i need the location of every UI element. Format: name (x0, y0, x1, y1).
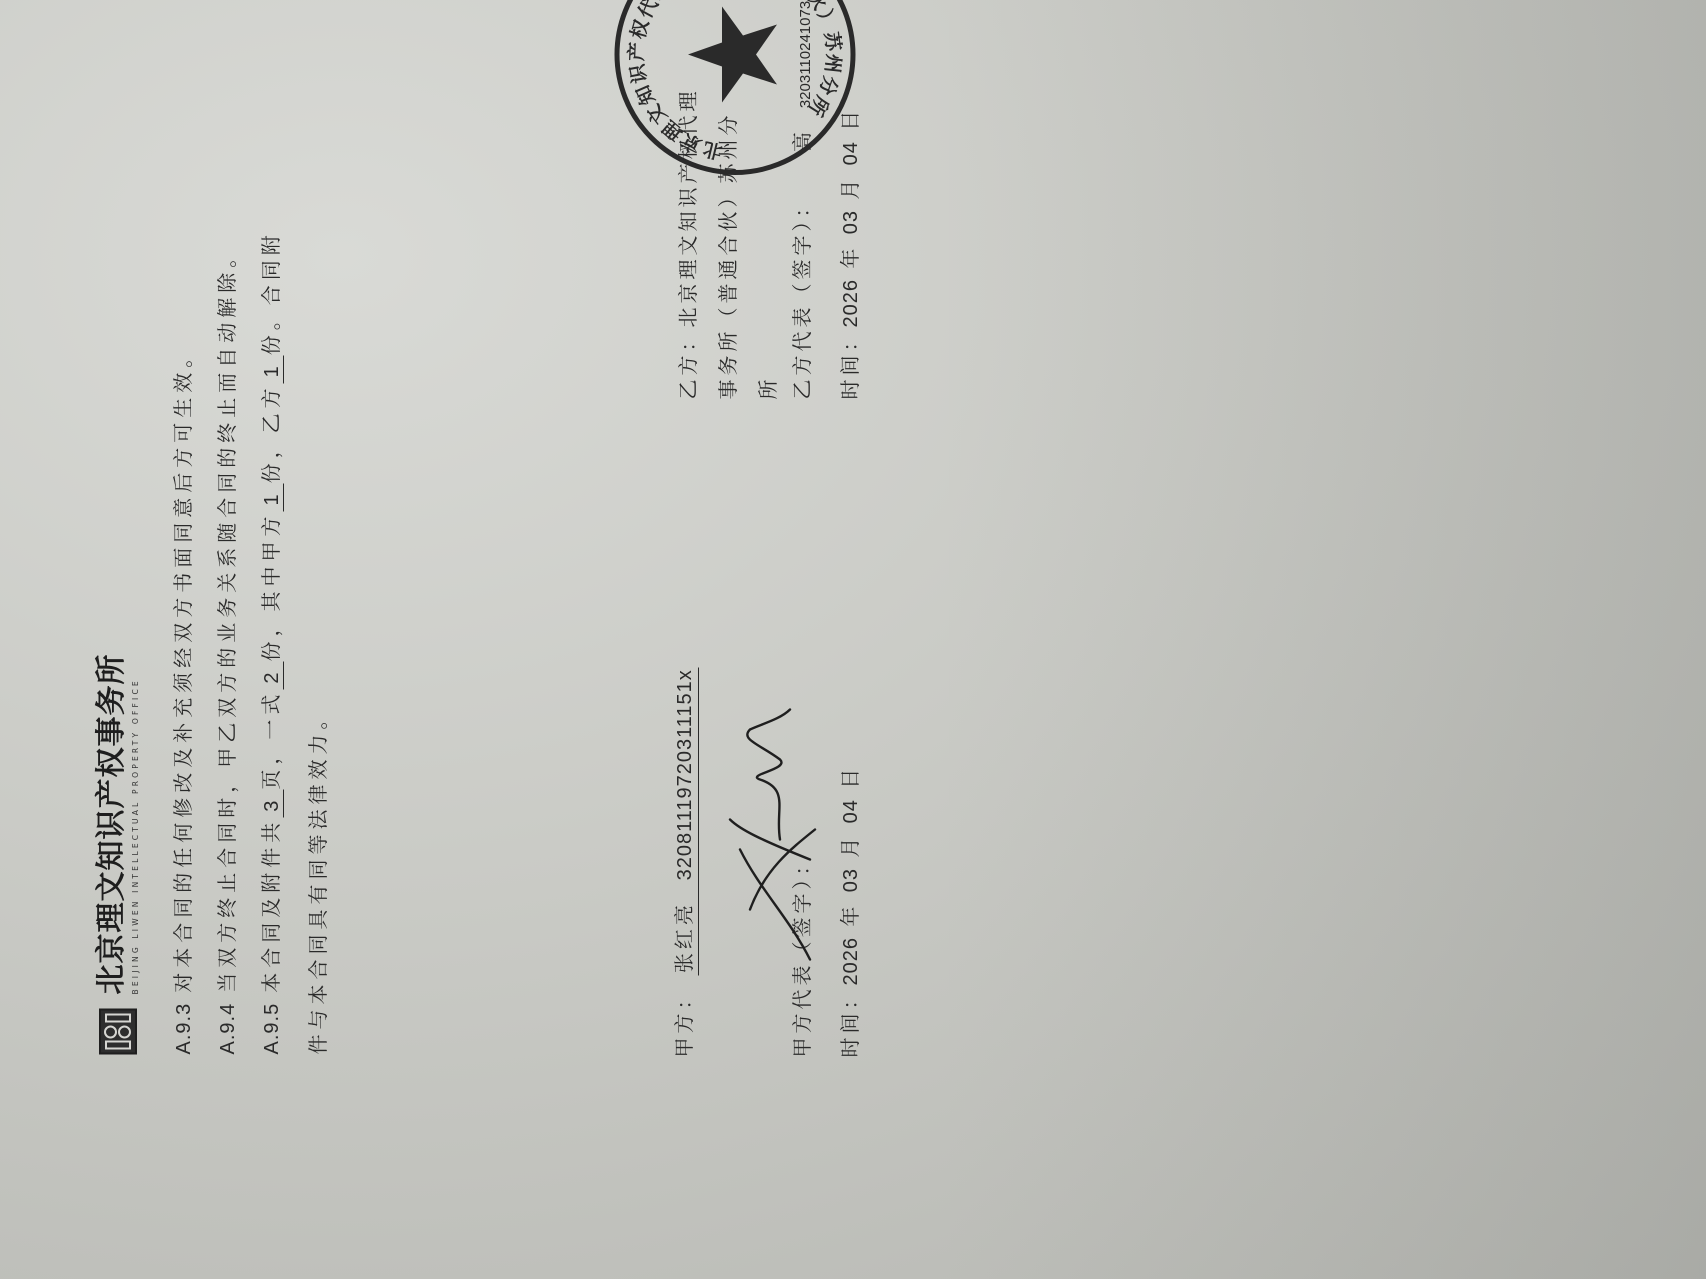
document-page: 北京理文知识产权事务所 BEIJING LIWEN INTELLECTUAL P… (0, 0, 1706, 1279)
clause-a95: A.9.5本合同及附件共3页，一式2份，其中甲方1份，乙方1份。合同附件与本合同… (248, 134, 341, 1054)
party-a-name: 张红亮 (672, 901, 696, 973)
letterhead: 北京理文知识产权事务所 BEIJING LIWEN INTELLECTUAL P… (95, 653, 140, 1054)
copies-count: 2 (261, 661, 284, 689)
party-a-id: 32081119720311151x (674, 669, 696, 880)
company-seal-star-icon: 北京理文知识产权代理事务所（普通合伙）苏州分所 3203110241073 (610, 0, 860, 179)
liwen-logo-icon (99, 1008, 137, 1054)
handwritten-signature-icon (720, 699, 830, 979)
party-b-copies: 1 (261, 355, 284, 383)
party-a-copies: 1 (261, 483, 284, 511)
pages-count: 3 (261, 789, 284, 817)
brand-name-cn: 北京理文知识产权事务所 (95, 653, 128, 994)
clause-a93: A.9.3对本合同的任何修改及补充须经双方书面同意后方可生效。 (160, 342, 207, 1054)
clause-a94: A.9.4当双方终止合同时，甲乙双方的业务关系随合同的终止而自动解除。 (204, 242, 251, 1054)
party-a-line: 甲方： 张红亮 32081119720311151x (668, 667, 697, 1057)
brand-name-en: BEIJING LIWEN INTELLECTUAL PROPERTY OFFI… (131, 653, 140, 994)
party-a-date-line: 时间：2026 年 03 月 04 日 (834, 764, 863, 1057)
svg-text:3203110241073: 3203110241073 (797, 0, 814, 107)
